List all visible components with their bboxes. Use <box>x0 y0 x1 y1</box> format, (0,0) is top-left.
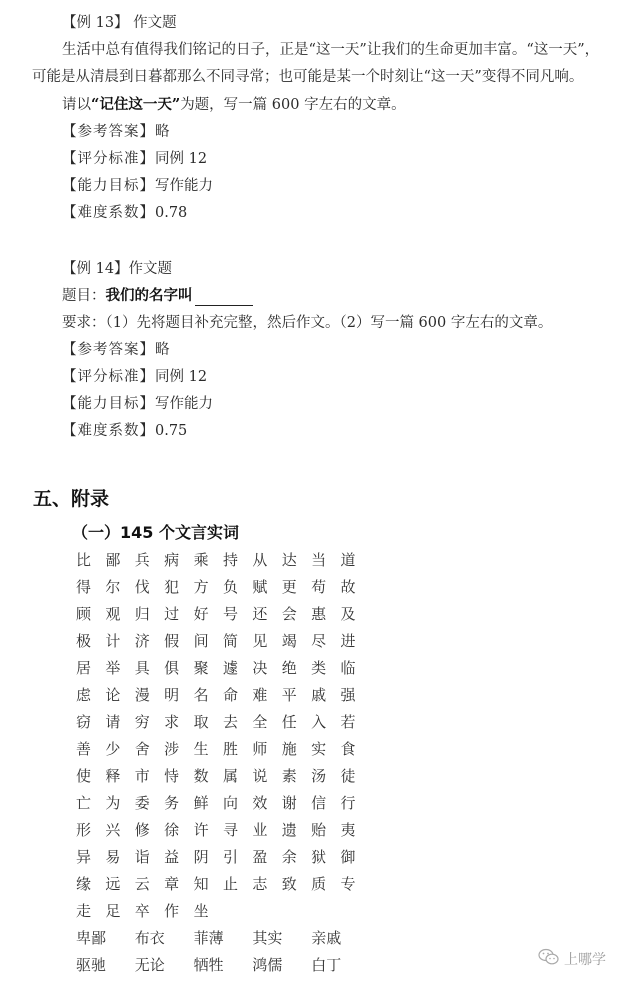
char-cell: 具 <box>135 657 164 678</box>
char-cell: 属 <box>223 765 252 786</box>
word-row: 卑鄙布衣菲薄其实亲戚 <box>76 924 370 951</box>
char-cell: 走 <box>76 900 105 921</box>
char-cell: 御 <box>341 846 370 867</box>
char-cell: 缘 <box>76 873 105 894</box>
char-row: 缘远云章知止志致质专 <box>76 870 370 897</box>
char-cell: 遗 <box>282 819 311 840</box>
char-cell: 进 <box>341 630 370 651</box>
char-cell: 顾 <box>76 603 105 624</box>
char-cell: 形 <box>76 819 105 840</box>
char-cell: 假 <box>164 630 193 651</box>
example13-answer: 【参考答案】略 <box>62 122 170 142</box>
example14-answer: 【参考答案】略 <box>62 340 170 360</box>
criteria-value: 同例 12 <box>155 151 207 167</box>
section-title: 五、附录 <box>33 484 109 511</box>
classical-words-grid: 比鄙兵病乘持从达当道得尔伐犯方负赋更苟故顾观归过好号还会惠及极计济假间简见竭尽进… <box>76 546 370 978</box>
answer-label: 【参考答案】 <box>62 124 155 140</box>
char-cell: 少 <box>105 738 134 759</box>
char-cell: 寻 <box>223 819 252 840</box>
char-cell: 徒 <box>341 765 370 786</box>
word-cell: 无论 <box>135 954 194 975</box>
char-cell: 简 <box>223 630 252 651</box>
char-cell: 实 <box>311 738 340 759</box>
char-cell: 为 <box>105 792 134 813</box>
char-cell: 释 <box>105 765 134 786</box>
char-cell: 全 <box>252 711 281 732</box>
char-cell: 好 <box>194 603 223 624</box>
char-cell: 还 <box>252 603 281 624</box>
char-row: 异易诣益阴引盈余狱御 <box>76 843 370 870</box>
char-cell: 诣 <box>135 846 164 867</box>
char-row: 形兴修徐许寻业遗贻夷 <box>76 816 370 843</box>
word-row: 驱驰无论牺牲鸿儒白丁 <box>76 951 370 978</box>
char-cell: 善 <box>76 738 105 759</box>
example13-paragraph-line2: 可能是从清晨到日暮都那么不同寻常；也可能是某一个时刻让“这一天”变得不同凡响。 <box>32 67 583 87</box>
char-cell: 比 <box>76 549 105 570</box>
example13-criteria: 【评分标准】同例 12 <box>62 149 207 169</box>
criteria-label: 【评分标准】 <box>62 151 155 167</box>
example13-heading: 【例 13】 作文题 <box>62 13 177 33</box>
word-cell: 驱驰 <box>76 954 135 975</box>
answer-label: 【参考答案】 <box>62 342 155 358</box>
char-cell: 极 <box>76 630 105 651</box>
difficulty-label: 【难度系数】 <box>62 423 155 439</box>
char-row: 使释市恃数属说素汤徒 <box>76 762 370 789</box>
char-cell: 胜 <box>223 738 252 759</box>
char-cell: 名 <box>194 684 223 705</box>
char-cell: 惠 <box>311 603 340 624</box>
char-cell: 使 <box>76 765 105 786</box>
prompt-prefix: 请以 <box>62 97 91 113</box>
char-cell: 更 <box>282 576 311 597</box>
char-cell: 赋 <box>252 576 281 597</box>
answer-value: 略 <box>155 124 170 140</box>
char-cell: 夷 <box>341 819 370 840</box>
char-cell: 及 <box>341 603 370 624</box>
char-row: 走足卒作坐 <box>76 897 370 924</box>
char-cell: 阴 <box>194 846 223 867</box>
char-cell: 达 <box>282 549 311 570</box>
topic-label: 题目： <box>62 288 106 304</box>
char-cell: 章 <box>164 873 193 894</box>
word-cell: 亲戚 <box>311 927 370 948</box>
char-cell: 聚 <box>194 657 223 678</box>
char-cell: 尔 <box>105 576 134 597</box>
char-cell: 行 <box>341 792 370 813</box>
char-cell: 伐 <box>135 576 164 597</box>
char-cell: 竭 <box>282 630 311 651</box>
char-row: 得尔伐犯方负赋更苟故 <box>76 573 370 600</box>
char-cell: 远 <box>105 873 134 894</box>
char-cell: 穷 <box>135 711 164 732</box>
example14-ability: 【能力目标】写作能力 <box>62 394 213 414</box>
prompt-suffix: 为题，写一篇 600 字左右的文章。 <box>180 97 405 113</box>
word-cell: 布衣 <box>135 927 194 948</box>
char-cell: 质 <box>311 873 340 894</box>
char-cell: 云 <box>135 873 164 894</box>
char-row: 亡为委务鲜向效谢信行 <box>76 789 370 816</box>
char-cell: 平 <box>282 684 311 705</box>
char-cell: 强 <box>341 684 370 705</box>
char-cell: 戚 <box>311 684 340 705</box>
char-cell: 兴 <box>105 819 134 840</box>
char-cell: 求 <box>164 711 193 732</box>
char-cell: 难 <box>252 684 281 705</box>
char-cell: 师 <box>252 738 281 759</box>
char-cell: 食 <box>341 738 370 759</box>
char-cell: 鲜 <box>194 792 223 813</box>
char-row: 虑论漫明名命难平戚强 <box>76 681 370 708</box>
char-cell: 素 <box>282 765 311 786</box>
char-cell: 举 <box>105 657 134 678</box>
char-cell: 益 <box>164 846 193 867</box>
word-cell: 鸿儒 <box>252 954 311 975</box>
char-cell: 归 <box>135 603 164 624</box>
char-cell: 作 <box>164 900 193 921</box>
char-cell: 施 <box>282 738 311 759</box>
wechat-icon <box>538 948 560 970</box>
word-cell: 菲薄 <box>194 927 253 948</box>
word-cell: 卑鄙 <box>76 927 135 948</box>
char-cell: 向 <box>223 792 252 813</box>
char-cell: 当 <box>311 549 340 570</box>
char-cell: 易 <box>105 846 134 867</box>
char-cell: 委 <box>135 792 164 813</box>
char-cell: 见 <box>252 630 281 651</box>
watermark: 上哪学 <box>538 948 606 970</box>
char-cell: 号 <box>223 603 252 624</box>
char-cell: 知 <box>194 873 223 894</box>
char-cell: 说 <box>252 765 281 786</box>
criteria-value: 同例 12 <box>155 369 207 385</box>
char-cell: 从 <box>252 549 281 570</box>
char-cell: 得 <box>76 576 105 597</box>
char-cell: 信 <box>311 792 340 813</box>
char-cell: 鄙 <box>105 549 134 570</box>
char-cell: 负 <box>223 576 252 597</box>
char-cell: 会 <box>282 603 311 624</box>
example13-paragraph-line1: 生活中总有值得我们铭记的日子，正是“这一天”让我们的生命更加丰富。“这一天”， <box>62 40 599 60</box>
example13-difficulty: 【难度系数】0.78 <box>62 203 187 223</box>
watermark-text: 上哪学 <box>564 949 606 969</box>
char-cell: 徐 <box>164 819 193 840</box>
ability-label: 【能力目标】 <box>62 396 155 412</box>
example14-criteria: 【评分标准】同例 12 <box>62 367 207 387</box>
char-cell: 卒 <box>135 900 164 921</box>
answer-value: 略 <box>155 342 170 358</box>
char-cell: 谢 <box>282 792 311 813</box>
char-cell: 持 <box>223 549 252 570</box>
char-cell: 志 <box>252 873 281 894</box>
char-cell: 专 <box>341 873 370 894</box>
char-cell: 计 <box>105 630 134 651</box>
char-cell: 遽 <box>223 657 252 678</box>
char-cell: 止 <box>223 873 252 894</box>
char-cell: 市 <box>135 765 164 786</box>
char-cell: 请 <box>105 711 134 732</box>
char-cell: 余 <box>282 846 311 867</box>
char-cell: 过 <box>164 603 193 624</box>
example14-requirement: 要求：（1）先将题目补充完整，然后作文。（2）写一篇 600 字左右的文章。 <box>62 313 552 333</box>
difficulty-value: 0.78 <box>155 205 187 221</box>
prompt-title: “记住这一天” <box>91 96 180 113</box>
char-cell: 盈 <box>252 846 281 867</box>
char-row: 窃请穷求取去全任入若 <box>76 708 370 735</box>
char-row: 极计济假间简见竭尽进 <box>76 627 370 654</box>
char-cell: 明 <box>164 684 193 705</box>
char-cell: 道 <box>341 549 370 570</box>
char-cell: 舍 <box>135 738 164 759</box>
char-row: 顾观归过好号还会惠及 <box>76 600 370 627</box>
example13-ability: 【能力目标】写作能力 <box>62 176 213 196</box>
char-cell: 引 <box>223 846 252 867</box>
char-cell: 临 <box>341 657 370 678</box>
char-cell: 命 <box>223 684 252 705</box>
char-cell: 方 <box>194 576 223 597</box>
example14-heading: 【例 14】作文题 <box>62 259 172 279</box>
char-cell: 任 <box>282 711 311 732</box>
char-cell: 坐 <box>194 900 223 921</box>
subsection-title: （一）145 个文言实词 <box>72 520 239 543</box>
char-cell: 狱 <box>311 846 340 867</box>
char-cell: 若 <box>341 711 370 732</box>
char-cell: 间 <box>194 630 223 651</box>
char-cell: 故 <box>341 576 370 597</box>
topic-blank-line <box>195 290 253 306</box>
char-cell: 修 <box>135 819 164 840</box>
char-row: 善少舍涉生胜师施实食 <box>76 735 370 762</box>
char-cell: 苟 <box>311 576 340 597</box>
ability-label: 【能力目标】 <box>62 178 155 194</box>
char-row: 比鄙兵病乘持从达当道 <box>76 546 370 573</box>
char-cell: 足 <box>105 900 134 921</box>
char-cell: 虑 <box>76 684 105 705</box>
char-cell: 病 <box>164 549 193 570</box>
char-cell: 居 <box>76 657 105 678</box>
char-cell: 类 <box>311 657 340 678</box>
char-cell: 论 <box>105 684 134 705</box>
char-cell: 贻 <box>311 819 340 840</box>
char-cell: 数 <box>194 765 223 786</box>
difficulty-label: 【难度系数】 <box>62 205 155 221</box>
char-cell: 济 <box>135 630 164 651</box>
word-cell: 其实 <box>252 927 311 948</box>
char-cell: 俱 <box>164 657 193 678</box>
char-cell: 绝 <box>282 657 311 678</box>
char-cell: 决 <box>252 657 281 678</box>
char-cell: 亡 <box>76 792 105 813</box>
char-cell: 取 <box>194 711 223 732</box>
char-cell: 汤 <box>311 765 340 786</box>
char-cell: 许 <box>194 819 223 840</box>
char-cell: 涉 <box>164 738 193 759</box>
char-row: 居举具俱聚遽决绝类临 <box>76 654 370 681</box>
char-cell: 业 <box>252 819 281 840</box>
char-cell: 兵 <box>135 549 164 570</box>
char-cell: 乘 <box>194 549 223 570</box>
char-cell: 恃 <box>164 765 193 786</box>
char-cell: 漫 <box>135 684 164 705</box>
example14-difficulty: 【难度系数】0.75 <box>62 421 187 441</box>
char-cell: 窃 <box>76 711 105 732</box>
topic-value: 我们的名字叫 <box>106 287 193 304</box>
char-cell: 务 <box>164 792 193 813</box>
char-cell: 去 <box>223 711 252 732</box>
char-cell: 犯 <box>164 576 193 597</box>
char-cell: 观 <box>105 603 134 624</box>
example13-prompt: 请以“记住这一天”为题，写一篇 600 字左右的文章。 <box>62 95 406 115</box>
ability-value: 写作能力 <box>155 178 213 194</box>
word-cell: 牺牲 <box>194 954 253 975</box>
char-cell: 尽 <box>311 630 340 651</box>
char-cell: 致 <box>282 873 311 894</box>
char-cell: 生 <box>194 738 223 759</box>
char-cell: 入 <box>311 711 340 732</box>
ability-value: 写作能力 <box>155 396 213 412</box>
example14-topic: 题目：我们的名字叫 <box>62 286 253 306</box>
difficulty-value: 0.75 <box>155 423 187 439</box>
char-cell: 异 <box>76 846 105 867</box>
char-cell: 效 <box>252 792 281 813</box>
word-cell: 白丁 <box>311 954 370 975</box>
criteria-label: 【评分标准】 <box>62 369 155 385</box>
